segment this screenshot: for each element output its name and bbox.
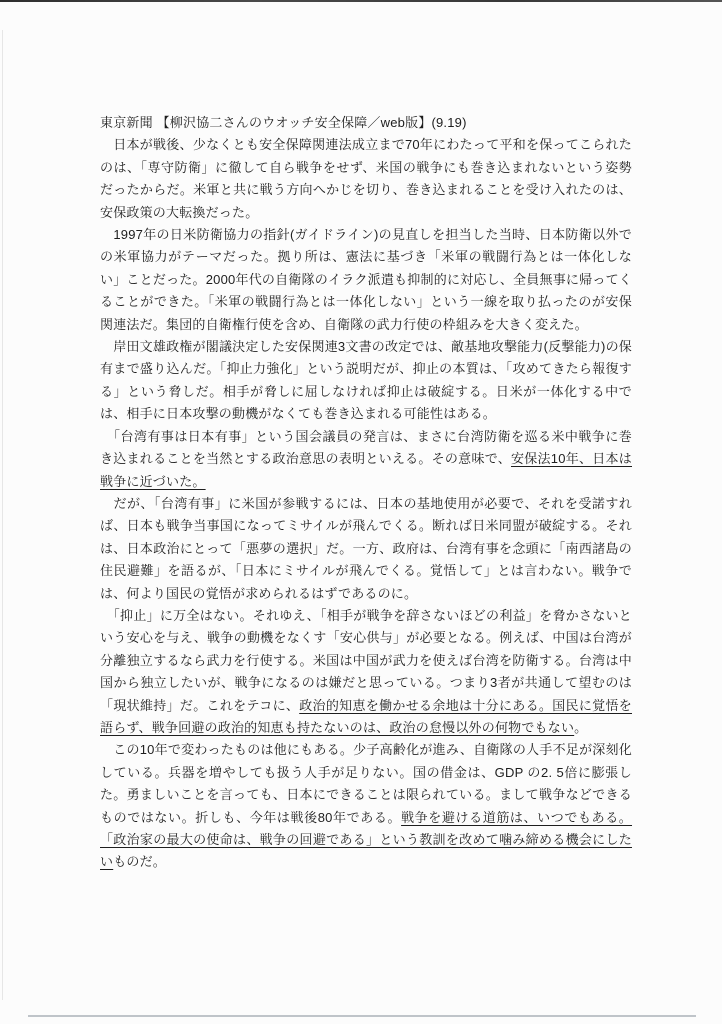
article-paragraph: この10年で変わったものは他にもある。少子高齢化が進み、自衛隊の人手不足が深刻化… — [100, 739, 632, 873]
article-body: 日本が戦後、少なくとも安全保障関連法成立まで70年にわたって平和を保ってこられた… — [100, 134, 632, 873]
text-segment: 。 — [574, 720, 587, 735]
scan-artifact-top-edge — [0, 0, 722, 2]
text-segment: だが、「台湾有事」に米国が参戦するには、日本の基地使用が必要で、それを受諾すれば… — [100, 496, 632, 601]
article-title: 東京新聞 【柳沢協二さんのウオッチ安全保障／web版】(9.19) — [100, 112, 632, 134]
text-segment: 日本が戦後、少なくとも安全保障関連法成立まで70年にわたって平和を保ってこられた… — [100, 137, 632, 219]
article-paragraph: 1997年の日米防衛協力の指針(ガイドライン)の見直しを担当した当時、日本防衛以… — [100, 224, 632, 336]
article: 東京新聞 【柳沢協二さんのウオッチ安全保障／web版】(9.19) 日本が戦後、… — [100, 112, 632, 874]
scanned-page: 東京新聞 【柳沢協二さんのウオッチ安全保障／web版】(9.19) 日本が戦後、… — [0, 0, 722, 1024]
scan-artifact-left-edge — [2, 30, 3, 1000]
article-paragraph: 「抑止」に万全はない。それゆえ、「相手が戦争を辞さないほどの利益」を脅かさないと… — [100, 605, 632, 739]
article-paragraph: だが、「台湾有事」に米国が参戦するには、日本の基地使用が必要で、それを受諾すれば… — [100, 493, 632, 605]
article-paragraph: 日本が戦後、少なくとも安全保障関連法成立まで70年にわたって平和を保ってこられた… — [100, 134, 632, 224]
article-paragraph: 岸田文雄政権が閣議決定した安保関連3文書の改定では、敵基地攻撃能力(反撃能力)の… — [100, 336, 632, 426]
scan-artifact-bottom-edge — [28, 1015, 696, 1017]
text-segment: 1997年の日米防衛協力の指針(ガイドライン)の見直しを担当した当時、日本防衛以… — [100, 227, 632, 332]
text-segment: ものだ。 — [113, 854, 166, 869]
article-paragraph: 「台湾有事は日本有事」という国会議員の発言は、まさに台湾防衛を巡る米中戦争に巻き… — [100, 426, 632, 493]
text-segment: 岸田文雄政権が閣議決定した安保関連3文書の改定では、敵基地攻撃能力(反撃能力)の… — [100, 339, 632, 421]
